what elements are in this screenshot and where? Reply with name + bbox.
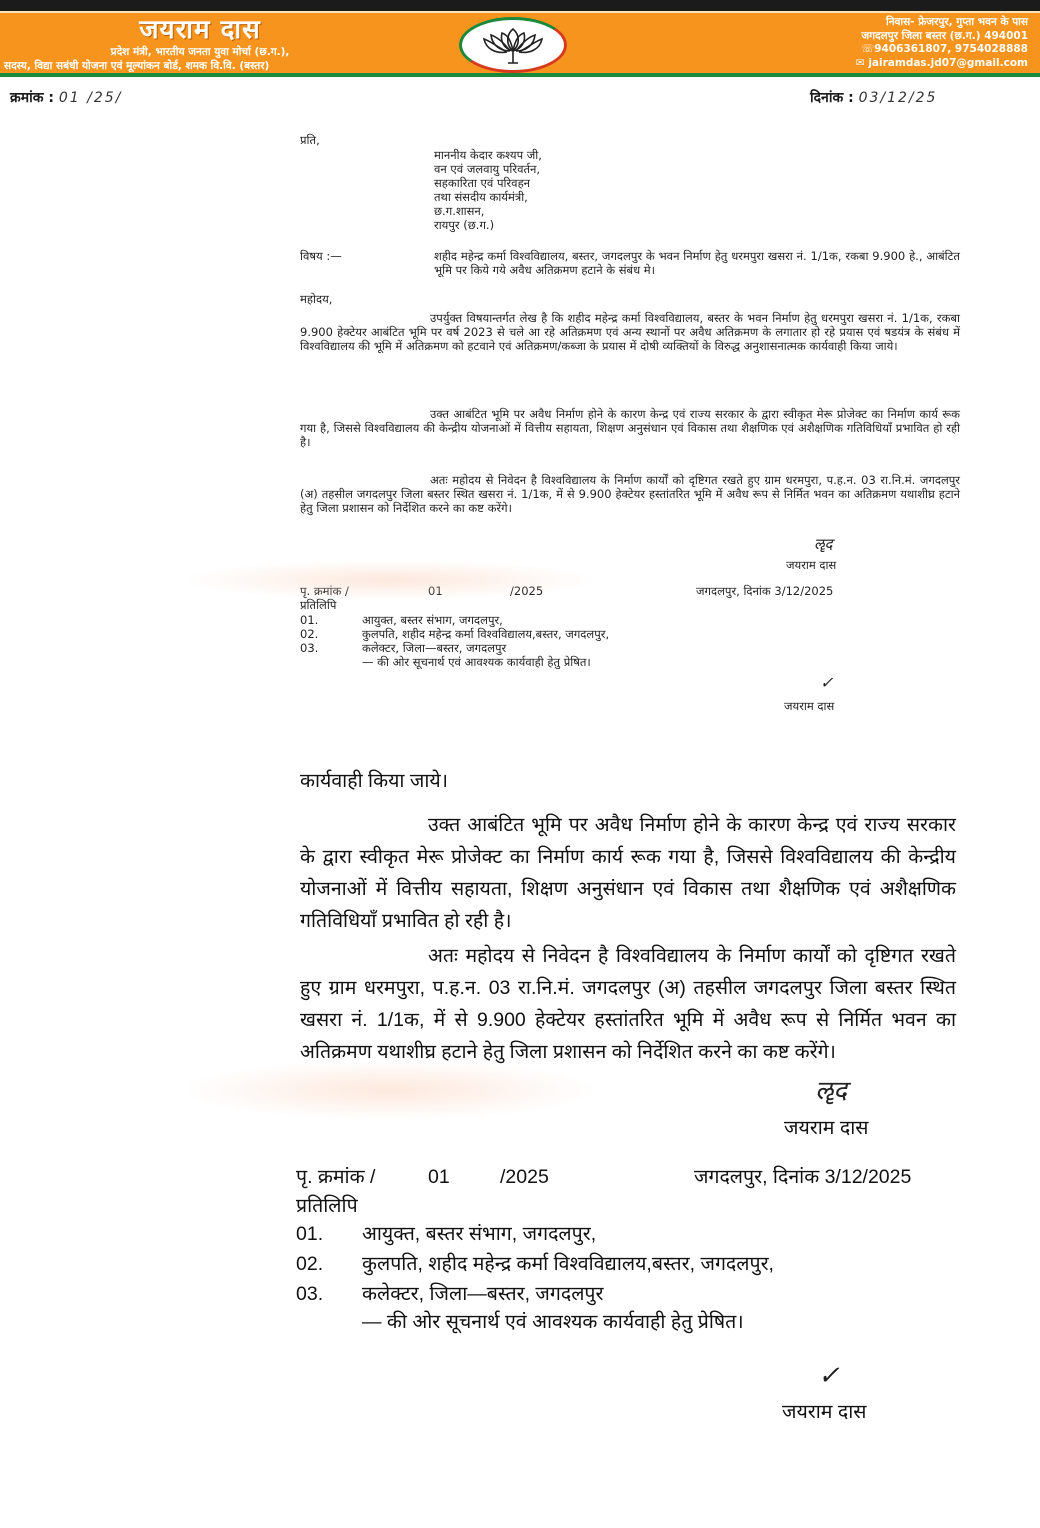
endorsement-signatory: जयराम दास [784, 699, 834, 713]
recipient-text: कलेक्टर, जिला—बस्तर, जगदलपुर [362, 641, 506, 655]
addressee-line: माननीय केदार कश्यप जी, [434, 148, 542, 162]
magnified-ref-year: /2025 [500, 1161, 549, 1193]
magnified-signatory: जयराम दास [784, 1112, 868, 1144]
addressee-line: तथा संसदीय कार्यमंत्री, [434, 190, 542, 204]
letterhead-left: जयराम दास प्रदेश मंत्री, भारतीय जनता युव… [0, 15, 400, 73]
address-line-2: जगदलपुर जिला बस्तर (छ.ग.) 494001 [628, 30, 1028, 44]
signature-mark: ॡद [814, 537, 832, 551]
lotus-icon [459, 17, 567, 73]
addressee-line: छ.ग.शासन, [434, 204, 542, 218]
subject-label: विषय :— [300, 249, 342, 263]
reference-value: 01 /25/ [59, 90, 123, 106]
endorsement-ref-year: /2025 [510, 584, 543, 598]
magnified-check-signature: ✓ [818, 1360, 840, 1392]
recipient-number: 01. [296, 1218, 323, 1250]
recipient-number: 03. [296, 1278, 323, 1310]
recipient-text: कुलपति, शहीद महेन्द्र कर्मा विश्वविद्याल… [362, 1248, 774, 1280]
paragraph-3: अतः महोदय से निवेदन है विश्वविद्यालय के … [300, 473, 960, 515]
endorsement-ref-label: पृ. क्रमांक / [300, 584, 349, 598]
addressee-line: सहकारिता एवं परिवहन [434, 176, 542, 190]
sender-designation-1: प्रदेश मंत्री, भारतीय जनता युवा मोर्चा (… [0, 45, 400, 59]
address-line-1: निवास- फ्रेजरपुर, गुप्ता भवन के पास [628, 16, 1028, 30]
addressee-line: वन एवं जलवायु परिवर्तन, [434, 162, 542, 176]
paragraph-2: उक्त आबंटित भूमि पर अवैध निर्माण होने के… [300, 407, 960, 449]
endorsement-place-date: जगदलपुर, दिनांक 3/12/2025 [696, 584, 833, 598]
date-label: दिनांक : [810, 90, 854, 106]
addressee-line: रायपुर (छ.ग.) [434, 218, 542, 232]
magnified-line-1: कार्यवाही किया जाये। [300, 765, 448, 797]
salutation: महोदय, [300, 292, 332, 306]
magnified-ref-number: 01 [428, 1161, 450, 1193]
signatory-name: जयराम दास [786, 558, 836, 572]
date-value: 03/12/25 [859, 90, 938, 106]
reference-label: क्रमांक : [10, 90, 54, 106]
letterhead: जयराम दास प्रदेश मंत्री, भारतीय जनता युव… [0, 11, 1040, 77]
scan-glare [180, 1060, 600, 1120]
sender-name: जयराम दास [0, 15, 400, 45]
phone-numbers: ☏9406361807, 9754028888 [628, 43, 1028, 57]
magnified-signatory-2: जयराम दास [782, 1396, 866, 1428]
magnified-forwarding-note: — की ओर सूचनार्थ एवं आवश्यक कार्यवाही हे… [362, 1306, 744, 1338]
top-bar [0, 0, 1040, 11]
copy-label: प्रतिलिपि [300, 598, 336, 612]
paragraph-1: उपर्युक्त विषयान्तर्गत लेख है कि शहीद मह… [300, 311, 960, 353]
recipient-text: कुलपति, शहीद महेन्द्र कर्मा विश्वविद्याल… [362, 627, 609, 641]
recipient-number: 02. [300, 627, 318, 641]
signature-check-mark: ✓ [820, 676, 833, 690]
letter-date: दिनांक : 03/12/25 [810, 88, 937, 107]
recipient-text: आयुक्त, बस्तर संभाग, जगदलपुर, [362, 1218, 596, 1250]
recipient-number: 02. [296, 1248, 323, 1280]
letterhead-contact: निवास- फ्रेजरपुर, गुप्ता भवन के पास जगदल… [628, 16, 1028, 70]
to-label: प्रति, [300, 133, 320, 147]
magnified-ref-label: पृ. क्रमांक / [296, 1161, 375, 1193]
magnified-place-date: जगदलपुर, दिनांक 3/12/2025 [694, 1161, 911, 1193]
recipient-number: 01. [300, 613, 318, 627]
recipient-number: 03. [300, 641, 318, 655]
forwarding-note: — की ओर सूचनार्थ एवं आवश्यक कार्यवाही हे… [362, 655, 591, 669]
subject-text: शहीद महेन्द्र कर्मा विश्वविद्यालय, बस्तर… [434, 249, 960, 277]
endorsement-ref-number: 01 [428, 584, 443, 598]
reference-number: क्रमांक : 01 /25/ [10, 88, 122, 107]
addressee-block: माननीय केदार कश्यप जी, वन एवं जलवायु परि… [434, 148, 542, 232]
magnified-paragraph-3: अतः महोदय से निवेदन है विश्वविद्यालय के … [300, 940, 956, 1068]
sender-designation-2: सदस्य, विद्या सबंधी योजना एवं मूल्यांकन … [0, 59, 400, 73]
magnified-paragraph-2: उक्त आबंटित भूमि पर अवैध निर्माण होने के… [300, 809, 956, 937]
magnified-signature-mark: ॡद [815, 1075, 847, 1107]
email-address[interactable]: ✉ jairamdas.jd07@gmail.com [628, 57, 1028, 71]
recipient-text: आयुक्त, बस्तर संभाग, जगदलपुर, [362, 613, 503, 627]
